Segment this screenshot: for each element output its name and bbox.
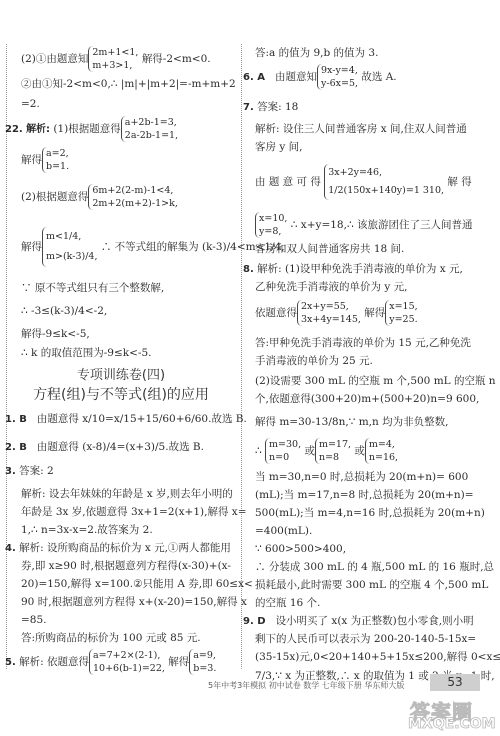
q5-answer: 答:a 的值为 9,b 的值为 3. [255,46,378,60]
question-number: 9. D [243,616,266,627]
text: 解析: (1)设甲种免洗手消毒液的单价为 x 元, [257,263,463,275]
eq: 9x-y=4, [321,65,358,76]
equation-system: m<1/4,m>(k-3)/4, [42,227,98,267]
eq: y=8, [259,226,281,237]
q9-line: (35-15x)元,0<20+140+5+15x≤200,解得 0<x≤ [255,650,500,664]
text: 解得 [21,241,42,253]
eq: 2a-2b-1=1, [125,130,178,141]
equation: (x-8)/4=(x+3)/5 [82,441,165,453]
q5: 5. 解析: 依题意得a=7+2×(2-1),10+6(b-1)=22, 解得a… [5,649,216,675]
equation-system: a=2,b=1. [42,147,69,173]
question-number: 2. B [5,442,27,453]
q8-line: 8. 解析: (1)设甲种免洗手消毒液的单价为 x 元, [243,262,463,277]
text: (2)根据题意得 [21,191,88,203]
question-number: 4. [5,543,16,554]
q22-line: ∴ k 的取值范围为-9≤k<-5. [21,346,151,360]
eq: 2m+1<1, [92,47,138,58]
eq: m=30, [269,439,301,450]
q8-line: (2)设需要 300 mL 的空瓶 m 个,500 mL 的空瓶 n [255,374,496,388]
q21-part2-line3: =2. [21,97,40,111]
text: 解得-2<m<0. [142,53,211,65]
eq: b=3. [193,663,216,674]
equation-system: a=9,b=3. [189,649,216,675]
right-column: 答:a 的值为 9,b 的值为 3. 6. A 由题意知9x-y=4,y-6x=… [245,44,493,669]
eq: y=25. [389,314,417,325]
eq: a+2b-1=3, [125,117,177,128]
question-number: 8. [243,264,254,275]
q2: 2. B 由题意得 (x-8)/4=(x+3)/5.故选 B. [5,440,204,455]
text: 设小明买了 x(x 为正整数)包小零食,则小明 [276,615,474,627]
text: 解析: 设所购商品的标价为 x 元,①两人都能用 [19,542,231,554]
text: 由题意得 [37,441,79,453]
q9-line: 剩下的人民币可以表示为 200-20-140-5-15x= [255,632,476,646]
equation: x/10=x/15+15/60+6/60 [82,413,208,425]
text: 依题意得 [255,307,297,319]
footer-text: 5年中考3年模拟 初中试卷 数学 七年级下册 华东师大版 [208,680,404,691]
text: 或 [354,445,365,457]
q8-line: (mL);当 m=17,n=8 时,总损耗为 20(m+n)= [255,488,474,502]
eq: m>(k-3)/4, [46,251,98,262]
equation-system: a=7+2×(2-1),10+6(b-1)=22, [89,649,165,675]
eq: x=15, [389,301,417,312]
q7-solution: x=10,y=8, ∴ x+y=18,∴ 该旅游团住了三人间普通 [255,212,472,238]
eq: m<1/4, [46,231,81,242]
eq: m=4, [369,439,395,450]
equation-system: 9x-y=4,y-6x=5, [317,64,358,90]
eq: 2m+2(m+2)-1>k, [92,198,177,209]
text: (2)①由题意知 [21,53,88,65]
q8-system: 依题意得2x+y=55,3x+4y=145, 解得x=15,y=25. [255,300,418,326]
eq: n=0 [269,452,289,463]
text: 由题意知 [275,71,317,83]
q4-line: 答:所购商品的标价为 100 元或 85 元. [21,631,201,645]
text: .故选 B. [165,441,204,453]
q8-line: 个,依题意得(300+20)m+(500+20)n=9 600, [255,392,479,406]
q22-line: ∴ -3≤(k-3)/4<-2, [21,304,107,318]
eq: 10+6(b-1)=22, [93,663,165,674]
eq: a=7+2×(2-1), [93,650,160,661]
equation-system: 2x+y=55,3x+4y=145, [297,300,361,326]
eq: m+3>1, [92,60,132,71]
q9-line: 9. D 设小明买了 x(x 为正整数)包小零食,则小明 [243,614,474,629]
answer: 答案: 2 [19,465,54,477]
q8-line: 损耗最小,此时需要 300 mL 的空瓶 4 个,500 mL [255,578,488,592]
equation-system: x=10,y=8, [255,212,287,238]
q22-line: ∵ 原不等式组只有三个整数解, [21,281,164,295]
eq: 3x+2y=46, [328,167,382,178]
q22-part2: (2)根据题意得6m+2(2-m)-1<4,2m+2(m+2)-1>k, [21,184,178,210]
question-number: 3. [5,466,16,477]
eq: x=10, [259,213,287,224]
eq: a=9, [193,650,216,661]
text: ∴ x+y=18,∴ 该旅游团住了三人间普通 [291,219,473,231]
eq: n=8 [319,452,339,463]
text: 解得 [21,154,42,166]
q8-line: 当 m=30,n=0 时,总损耗为 20(m+n)= 600 [255,470,468,484]
equation-system: 3x+2y=46,1/2(150x+140y)=1 310, [324,164,444,200]
q7-answer: 7. 答案: 18 [243,100,298,115]
question-number: 7. [243,102,254,113]
text: 由题意得 [37,413,79,425]
question-number: 5. [5,657,16,668]
text: 解得 [364,307,385,319]
text: 由 题 意 可 得 [255,176,321,188]
eq: 2x+y=55, [301,301,349,312]
text: (1)根据题意得 [53,123,120,135]
q8-line: 500(mL);当 m=4,n=16 时,总损耗为 20(m+n) [255,506,485,520]
q1: 1. B 由题意得 x/10=x/15+15/60+6/60.故选 B. [5,412,247,427]
watermark-url: MXQE.COM [408,716,496,732]
question-number: 22. [5,124,23,135]
text: 解得 [168,656,189,668]
eq: n=16, [369,452,398,463]
text: .故选 B. [208,413,247,425]
equation-system: m=30,n=0 [265,438,301,464]
page-number: 53 [430,674,480,691]
left-column: (2)①由题意知2m+1<1,m+3>1, 解得-2<m<0. ②由①知-2<m… [6,44,242,669]
q7-line: 客房 y 间, [255,140,302,154]
q6: 6. A 由题意知9x-y=4,y-6x=5, 故选 A. [243,64,397,90]
q3-line: 1,∴ n=3x-x=2.故答案为 2. [21,523,153,537]
equation-system: m=4,n=16, [365,438,398,464]
equation-system: 6m+2(2-m)-1<4,2m+2(m+2)-1>k, [88,184,177,210]
q7-line: 客房和双人间普通客房共 18 间. [255,242,404,256]
equation-system: m=17,n=8 [315,438,351,464]
q8-line: 答:甲种免洗手消毒液的单价为 15 元,乙种免洗 [255,336,471,350]
eq: 6m+2(2-m)-1<4, [92,185,173,196]
section-subtitle: 方程(组)与不等式(组)的应用 [7,384,235,404]
q4-line: 90 时,根据题意列方程得 x+(x-20)=150,解得 x [21,595,247,609]
section-title: 专项训练卷(四) [7,364,235,383]
q4-line: 20)=150,解得 x=100.②只能用 A 券,即 60≤x< [21,577,253,591]
eq: y-6x=5, [321,78,358,89]
equation-system: a+2b-1=3,2a-2b-1=1, [121,116,178,142]
q4-line: =85. [21,613,47,627]
eq: a=2, [46,148,69,159]
text: 解析: 依题意得 [19,656,89,668]
q8-line: 乙种免洗手消毒液的单价为 y 元, [255,280,407,294]
answer: 答案: 18 [257,101,298,113]
q8-line: ∴ 分装成 300 mL 的 4 瓶,500 mL 的 16 瓶时,总 [255,560,494,574]
question-number: 1. B [5,414,27,425]
q4-line: 4. 解析: 设所购商品的标价为 x 元,①两人都能用 [5,541,231,556]
q3-answer: 3. 答案: 2 [5,464,54,479]
eq: m=17, [319,439,351,450]
equation-system: 2m+1<1,m+3>1, [88,46,138,72]
q3-line: 年龄是 3x 岁,依题意得 3x+1=2(x+1),解得 x= [21,505,247,519]
q22-part1-solution: 解得a=2,b=1. [21,147,69,173]
q21-part2-line2: ②由①知-2<m<0,∴ |m|+|m+2|=-m+m+2 [21,77,236,91]
text: 解 得 [447,176,471,188]
analysis-label: 解析: [26,124,50,135]
q8-line: =400(mL). [255,524,312,538]
text: 故选 A. [361,71,396,83]
eq: 3x+4y=145, [301,314,361,325]
q22-line: 解得-9≤k<-5, [21,327,90,341]
eq: 1/2(150x+140y)=1 310, [328,185,444,196]
q3-line: 解析: 设去年妹妹的年龄是 x 岁,则去年小明的 [21,487,233,501]
equation-system: x=15,y=25. [385,300,417,326]
q8-line: 解得 m=30-13/8n,∵ m,n 均为非负整数, [255,415,448,429]
q7-line: 解析: 设住三人间普通客房 x 间,住双人间普通 [255,122,467,136]
q7-system: 由 题 意 可 得 3x+2y=46,1/2(150x+140y)=1 310,… [255,164,472,200]
question-number: 6. A [243,72,265,83]
q8-line: ∵ 600>500>400, [255,542,346,556]
q22-part1: 22. 解析: (1)根据题意得a+2b-1=3,2a-2b-1=1, [5,116,178,142]
q21-part2-line1: (2)①由题意知2m+1<1,m+3>1, 解得-2<m<0. [21,46,211,72]
q8-line: 手消毒液的单价为 25 元. [255,354,373,368]
q8-cases: ∴ m=30,n=0 或m=17,n=8 或m=4,n=16, [255,438,398,464]
q4-line: 券,即 x≥90 时,根据题意列方程得(x-30)+(x- [21,559,231,573]
eq: b=1. [46,161,69,172]
text: 或 [304,445,315,457]
q8-line: 的空瓶 16 个. [255,596,320,610]
